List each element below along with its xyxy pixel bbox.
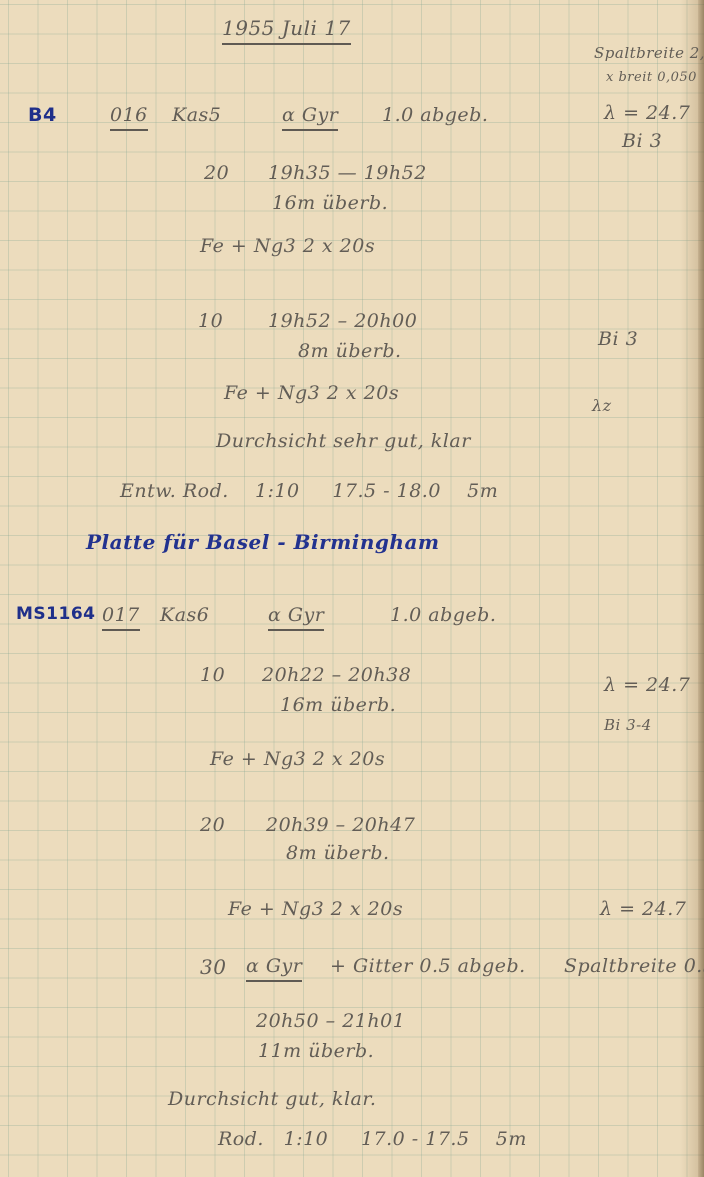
lamp-comparison: Fe + Ng3 2 x 20s [228,898,403,920]
exposure-duration: 16m überb. [272,192,388,214]
exposure-duration: 16m überb. [280,694,396,716]
sample-id: MS1164 [16,604,95,624]
page-edge [698,0,704,1177]
development-note: Rod. 1:10 17.0 - 17.5 5m [218,1128,527,1150]
setting: 1.0 abgeb. [382,104,488,126]
margin-bi: Bi 3 [622,130,662,152]
side-note-slit-width: Spaltbreite 0.5 [564,955,704,977]
cassette: Kas5 [172,104,221,126]
side-note-lambda: λ = 24.7 [600,898,686,920]
setting: + Gitter 0.5 abgeb. [330,955,526,977]
plate-number: 017 [102,604,140,626]
exposure-time: 19h52 – 20h00 [268,310,417,332]
side-note-bi: Bi 3 [598,328,638,350]
remark: Durchsicht sehr gut, klar [216,430,471,452]
remark: Durchsicht gut, klar. [168,1088,376,1110]
notebook-page: 1955 Juli 17 Spaltbreite 2,0 x breit 0,0… [0,0,704,1177]
margin-breit: x breit 0,050 [606,70,697,85]
sample-id: B4 [28,104,57,126]
exposure-count: 20 [200,814,225,836]
exposure-count: 20 [204,162,229,184]
page-date: 1955 Juli 17 [222,16,351,40]
lamp-comparison: Fe + Ng3 2 x 20s [224,382,399,404]
exposure-count: 10 [200,664,225,686]
crystal: α Gyr [268,604,324,626]
side-note-lambda: λz [592,396,612,415]
exposure-count: 10 [198,310,223,332]
crystal: α Gyr [282,104,338,126]
exposure-count: 30 [200,955,226,979]
development-note: Entw. Rod. 1:10 17.5 - 18.0 5m [120,480,498,502]
side-note-bi: Bi 3-4 [604,716,652,734]
exposure-time: 20h50 – 21h01 [256,1010,405,1032]
setting: 1.0 abgeb. [390,604,496,626]
plate-number: 016 [110,104,148,126]
crystal: α Gyr [246,955,302,977]
side-note-lambda: λ = 24.7 [604,674,690,696]
exposure-duration: 8m überb. [286,842,390,864]
exposure-duration: 8m überb. [298,340,402,362]
lamp-comparison: Fe + Ng3 2 x 20s [200,235,375,257]
exposure-time: 20h22 – 20h38 [262,664,411,686]
exposure-time: 19h35 — 19h52 [268,162,427,184]
cassette: Kas6 [160,604,209,626]
margin-slit-width: Spaltbreite 2,0 [594,44,704,62]
exposure-duration: 11m überb. [258,1040,374,1062]
lamp-comparison: Fe + Ng3 2 x 20s [210,748,385,770]
margin-lambda: λ = 24.7 [604,102,690,124]
plate-destination-note: Platte für Basel - Birmingham [86,530,440,554]
exposure-time: 20h39 – 20h47 [266,814,415,836]
